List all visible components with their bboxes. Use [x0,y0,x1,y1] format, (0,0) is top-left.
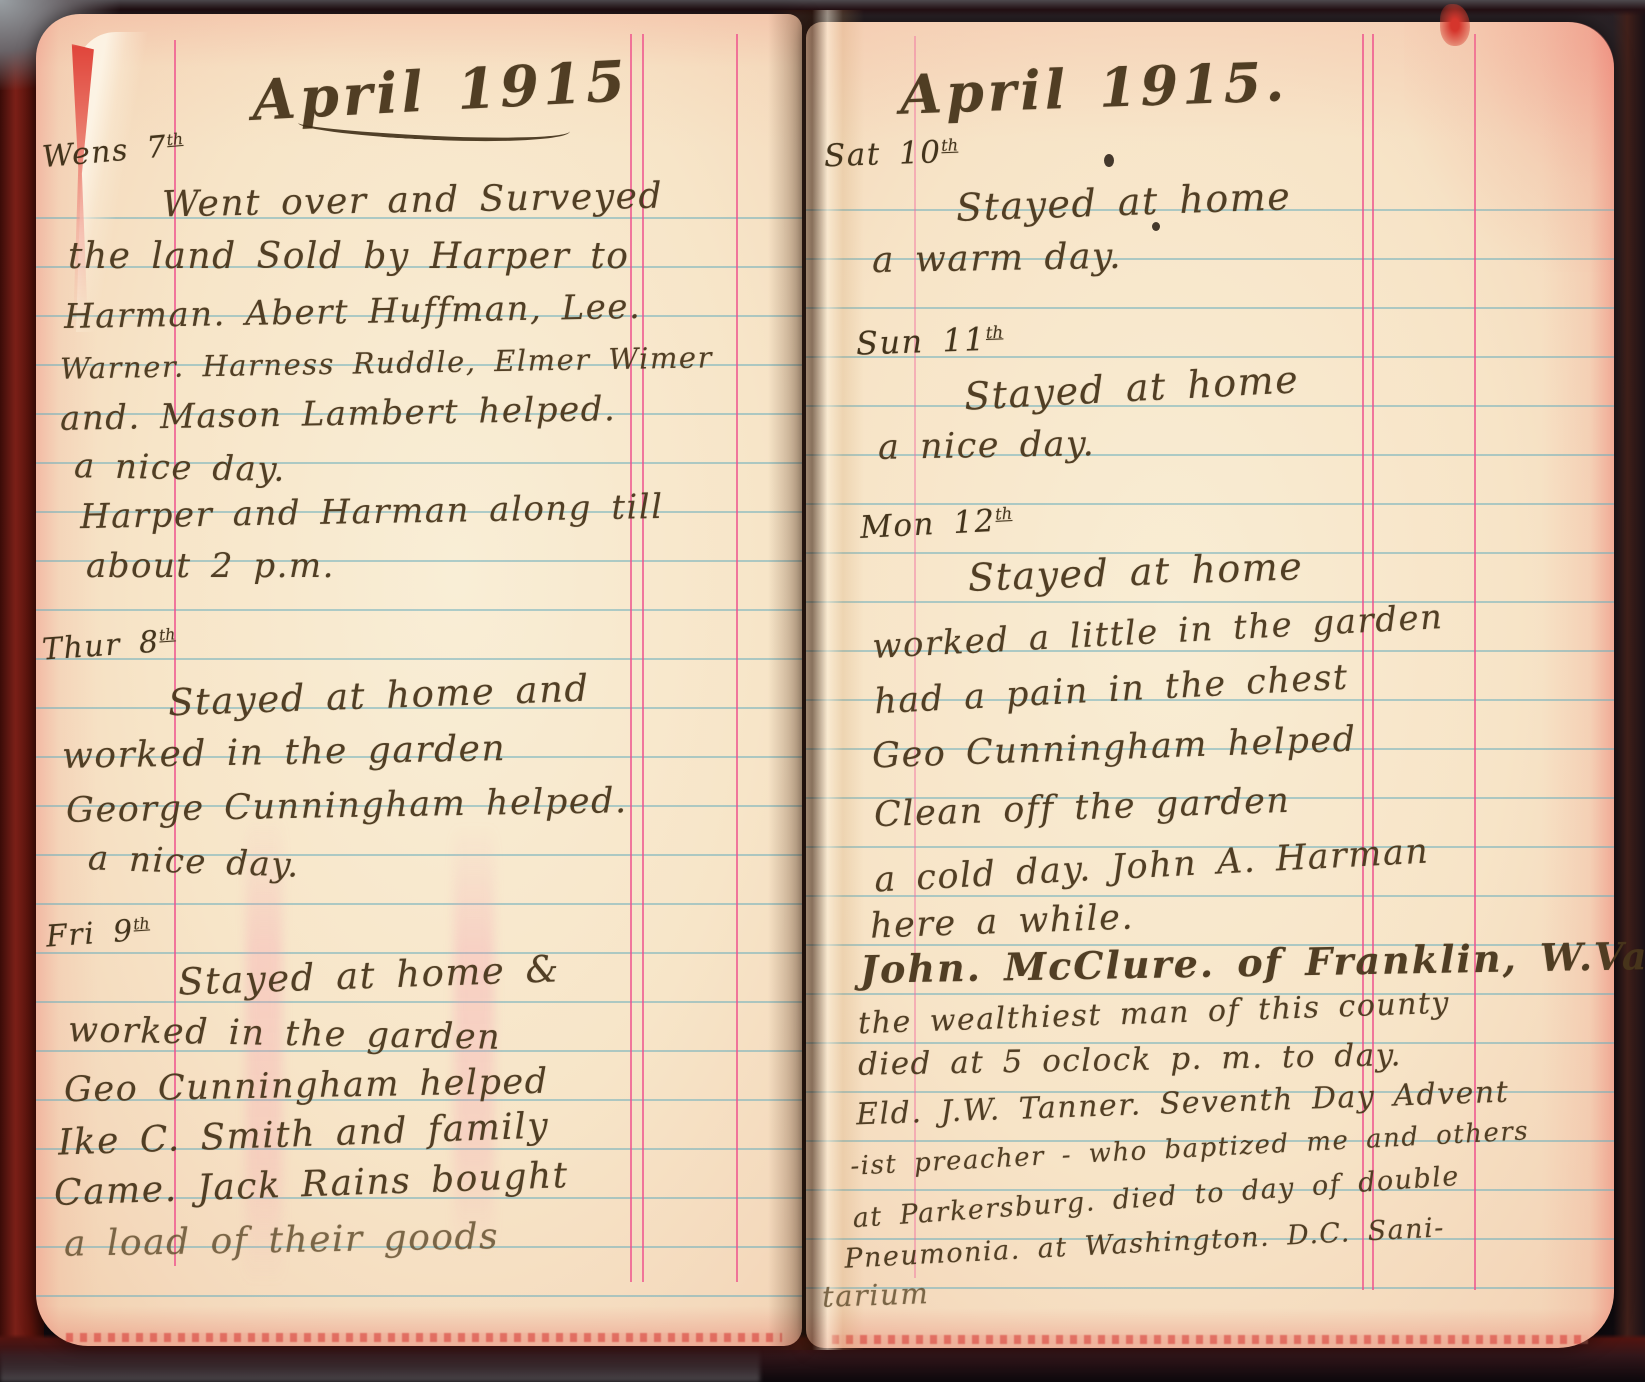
entry-day: Sun 11 [855,320,986,363]
page-edge-dye [66,1333,782,1342]
diary-line: a nice day. [87,838,300,885]
column-line [736,34,738,1282]
diary-line: a load of their goods [64,1216,500,1265]
ink-blot [1104,154,1114,167]
diary-line: a nice day. [878,424,1096,468]
entry-day: Fri 9 [45,914,135,955]
pink-corner-stain [1404,22,1614,272]
entry-day: Sat 10 [823,134,942,174]
entry-ordinal: th [995,504,1013,524]
ink-blot [1152,222,1160,231]
entry-day: Mon 12 [859,503,996,546]
month-header: April 1915. [899,49,1289,127]
entry-ordinal: th [985,323,1003,343]
diary-line: a nice day. [74,446,287,490]
diary-scan: April 1915 Wens 7th Went over and Survey… [0,0,1645,1382]
column-line [642,34,644,1282]
book-gutter-shadow [768,10,864,1350]
entry-ordinal: th [941,135,959,155]
book-cover-right [1613,0,1645,1382]
entry-ordinal: th [133,914,151,933]
column-line [630,34,632,1282]
diary-line: worked in the garden [68,1010,502,1058]
diary-line: Went over and Surveyed [162,176,664,226]
diary-line: a warm day. [872,236,1123,281]
entry-ordinal: th [166,130,184,149]
red-stain [1440,4,1470,46]
diary-line: Geo Cunningham helped [64,1062,549,1110]
diary-line: worked in the garden [62,728,507,777]
diary-line: tarium [821,1276,929,1314]
scanner-glare [0,1348,760,1382]
diary-line: about 2 p.m. [86,546,335,586]
entry-date-label: Fri 9th [45,912,151,954]
diary-line: the land Sold by Harper to [68,236,629,277]
entry-date-label: Sat 10th [823,134,959,175]
entry-ordinal: th [158,625,176,644]
page-edge-dye [832,1335,1588,1344]
entry-date-label: Sun 11th [855,319,1004,362]
